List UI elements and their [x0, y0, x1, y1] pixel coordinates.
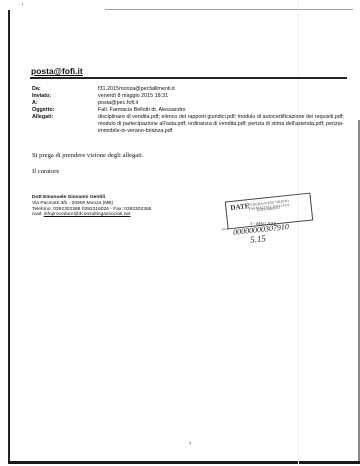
- header-attachments: Allegati: disciplinare di vendita.pdf; e…: [32, 114, 352, 135]
- header-sent: Inviato: venerdì 8 maggio 2015 18:31: [32, 93, 352, 100]
- header-value: disciplinare di vendita.pdf; elenco dei …: [98, 114, 352, 135]
- header-to: A: posta@pec.fofi.it: [32, 100, 352, 107]
- email-headers: Da: f31.2015monza@pecfallimenti.it Invia…: [32, 86, 352, 135]
- signature-mail: mail: infoprocedure@dconsultingassociati…: [32, 212, 151, 218]
- header-label: Inviato:: [32, 93, 98, 100]
- header-value: Fall. Farmacia Bellotti dr. Alessandro: [98, 107, 352, 114]
- scan-speck: [22, 4, 23, 5]
- stamp-signature: 5.15: [250, 233, 267, 245]
- top-rule: [105, 9, 353, 10]
- header-label: Da:: [32, 86, 98, 93]
- header-label: Oggetto:: [32, 107, 98, 114]
- closing-line: Il curatore: [32, 168, 59, 175]
- body-line: Si prega di prendere visione degli alleg…: [32, 152, 144, 159]
- stamp-mark: DATE: [230, 202, 250, 212]
- header-value: venerdì 8 maggio 2015 18:31: [98, 93, 352, 100]
- scan-fold-line: [298, 0, 299, 466]
- header-value: f31.2015monza@pecfallimenti.it: [98, 86, 352, 93]
- bottom-scan-border: [8, 461, 360, 464]
- stamp-prot-label: prot: [222, 227, 228, 231]
- header-label: A:: [32, 100, 98, 107]
- header-from: Da: f31.2015monza@pecfallimenti.it: [32, 86, 352, 93]
- page-number: 1: [189, 440, 191, 445]
- mail-link[interactable]: infoprocedure@dconsultingassociati.net: [44, 212, 131, 217]
- stamp-sub: DATA ARRIVO: [257, 206, 280, 212]
- header-label: Allegati:: [32, 114, 98, 135]
- header-rule: [30, 77, 347, 79]
- sender-header: posta@fofi.it: [31, 66, 83, 76]
- left-scan-border: [8, 10, 10, 462]
- header-subject: Oggetto: Fall. Farmacia Bellotti dr. Ale…: [32, 107, 352, 114]
- mail-label: mail:: [32, 212, 42, 217]
- header-value: posta@pec.fofi.it: [98, 100, 352, 107]
- signature-block: Dott Emanuele Giovanni Gentili Via Pacin…: [32, 195, 151, 218]
